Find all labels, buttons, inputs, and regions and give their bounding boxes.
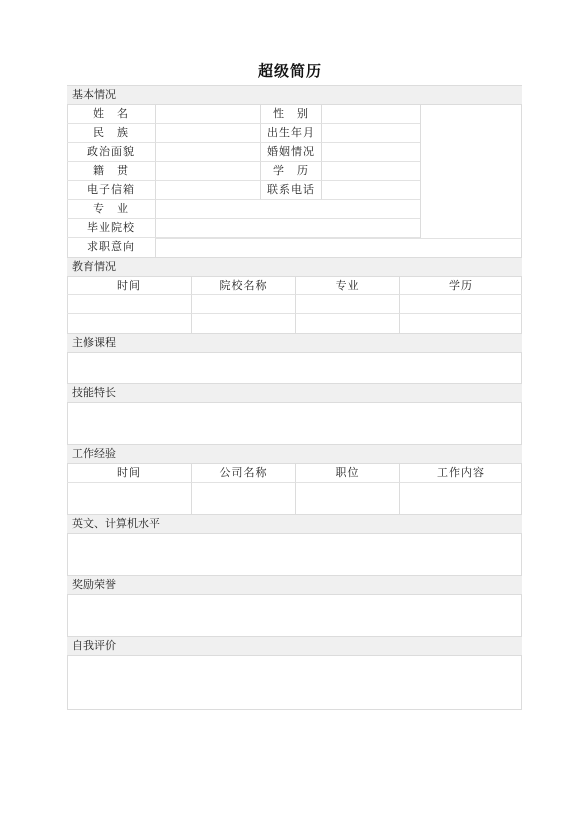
label-gender: 性 别	[260, 105, 321, 124]
label-job-intention: 求职意向	[67, 238, 155, 257]
value-phone[interactable]	[321, 181, 420, 200]
edu-row-2-school[interactable]	[191, 314, 295, 333]
edu-row-1-major[interactable]	[295, 295, 399, 314]
edu-row-1-time[interactable]	[67, 295, 191, 314]
work-row-1-company[interactable]	[191, 483, 295, 514]
awards-body[interactable]	[67, 595, 522, 636]
label-ethnicity: 民 族	[67, 124, 155, 143]
value-political-status[interactable]	[155, 143, 260, 162]
section-courses-header: 主修课程	[67, 333, 522, 353]
work-row-1-content[interactable]	[399, 483, 522, 514]
edu-col-time: 时间	[67, 277, 191, 295]
section-basic-header: 基本情况	[67, 85, 522, 105]
work-col-content: 工作内容	[399, 464, 522, 483]
value-job-intention[interactable]	[155, 238, 522, 257]
edu-row-2-time[interactable]	[67, 314, 191, 333]
label-phone: 联系电话	[260, 181, 321, 200]
work-row-1-time[interactable]	[67, 483, 191, 514]
work-col-time: 时间	[67, 464, 191, 483]
value-name[interactable]	[155, 105, 260, 124]
value-email[interactable]	[155, 181, 260, 200]
value-marital-status[interactable]	[321, 143, 420, 162]
section-language-computer-header: 英文、计算机水平	[67, 514, 522, 534]
edu-row-1-degree[interactable]	[399, 295, 522, 314]
photo-cell[interactable]	[420, 105, 522, 238]
section-education-header: 教育情况	[67, 257, 522, 277]
resume-title: 超级简历	[0, 60, 580, 81]
work-row-1-position[interactable]	[295, 483, 399, 514]
work-col-position: 职位	[295, 464, 399, 483]
value-ethnicity[interactable]	[155, 124, 260, 143]
section-self-eval-header: 自我评价	[67, 636, 522, 656]
label-native-place: 籍 贯	[67, 162, 155, 181]
edu-row-1-school[interactable]	[191, 295, 295, 314]
value-major[interactable]	[155, 200, 420, 219]
label-education-level: 学 历	[260, 162, 321, 181]
self-eval-body[interactable]	[67, 656, 522, 710]
value-gender[interactable]	[321, 105, 420, 124]
label-marital-status: 婚姻情况	[260, 143, 321, 162]
label-major: 专 业	[67, 200, 155, 219]
value-education-level[interactable]	[321, 162, 420, 181]
label-name: 姓 名	[67, 105, 155, 124]
language-computer-body[interactable]	[67, 534, 522, 575]
value-graduate-school[interactable]	[155, 219, 420, 238]
edu-row-2-major[interactable]	[295, 314, 399, 333]
label-graduate-school: 毕业院校	[67, 219, 155, 238]
work-col-company: 公司名称	[191, 464, 295, 483]
value-birth-date[interactable]	[321, 124, 420, 143]
edu-col-major: 专业	[295, 277, 399, 295]
label-email: 电子信箱	[67, 181, 155, 200]
label-political-status: 政治面貌	[67, 143, 155, 162]
edu-row-2-degree[interactable]	[399, 314, 522, 333]
section-work-header: 工作经验	[67, 444, 522, 464]
edu-col-school: 院校名称	[191, 277, 295, 295]
section-skills-header: 技能特长	[67, 383, 522, 403]
value-native-place[interactable]	[155, 162, 260, 181]
section-awards-header: 奖励荣誉	[67, 575, 522, 595]
edu-col-degree: 学历	[399, 277, 522, 295]
label-birth-date: 出生年月	[260, 124, 321, 143]
courses-body[interactable]	[67, 353, 522, 383]
skills-body[interactable]	[67, 403, 522, 444]
